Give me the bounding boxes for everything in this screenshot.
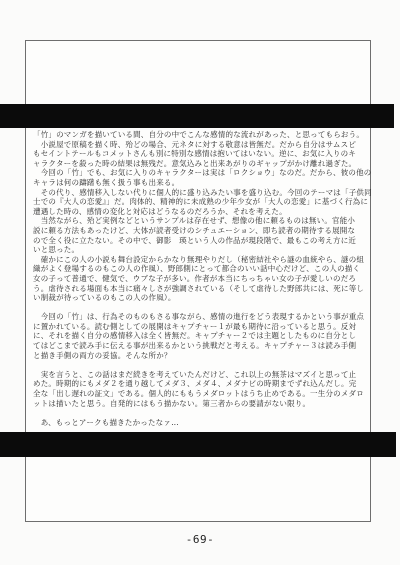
text-line: う。虐待される場面も本当に痛々しさが強調されている（そして虐待した野郎共には、死… — [33, 284, 372, 294]
text-line: 今回の「竹」でも、お気に入りのキャラクターは実は「ロクショウ」なのだ。だから、彼… — [33, 168, 372, 178]
text-line: てはどこまで読み手に伝える事が出来るかという挑戦だと考える。キャプチャー３は読み… — [33, 341, 372, 351]
text-line: もセイントテールもコメットさんも別に特別な感情は抱いてはいない。逆に、お気に入り… — [33, 149, 372, 159]
paragraph: 今回の「竹」は、行為そのものもさる事ながら、感情の進行をどう表現するかという事が… — [33, 312, 372, 360]
paragraph: 当然ながら、殆ど実例などというサンプルは存在せず、想像の他に頼るものは無い。官能… — [33, 216, 372, 254]
text-line: 「竹」のマンガを描いている間、自分の中でこんな感情的な流れがあった、と思ってもら… — [33, 130, 372, 140]
paragraph: 確かにこの人の小説も舞台設定からかなり無理やりだし（秘密結社やら謎の血統やら、謎… — [33, 255, 372, 303]
text-line: いと思った。 — [33, 245, 372, 255]
text-line: めた。時期的にもメダ２を通り越してメダ３、メダ４、メダナビの時期までずれ込んだし… — [33, 379, 372, 389]
text-line: 全な「出し遅れの証文」である。個人的にももうメダロットはうち止めである。一生分の… — [33, 389, 372, 399]
paragraph: その代り、感情移入しない代りに個人的に盛り込みたい事を盛り込む。今回のテーマは「… — [33, 188, 372, 217]
text-line: ので全く役に立たない。その中で、御影 瑛という人の作品が現段階で、最もこの考え方… — [33, 236, 372, 246]
text-line: 今回の「竹」は、行為そのものもさる事ながら、感情の進行をどう表現するかという事が… — [33, 312, 372, 322]
paragraph: 「竹」のマンガを描いている間、自分の中でこんな感情的な流れがあった、と思ってもら… — [33, 130, 372, 140]
text-line: 確かにこの人の小説も舞台設定からかなり無理やりだし（秘密結社やら謎の血統やら、謎… — [33, 255, 372, 265]
text-line: キャラは何の躊躇も無く扱う事も出来る。 — [33, 178, 372, 188]
text-line: 士での『大人の恋愛』」だ。肉体的、精神的に未成熟の少年少女が「大人の恋愛」に基づ… — [33, 197, 372, 207]
bottom-black-bar — [0, 432, 396, 457]
paragraph: 実を言うと、この話はまだ続きを考えていたんだけど、これ以上の無茶はマズイと思って… — [33, 370, 372, 408]
text-line: と描き手側の両方の妥協。そんな所か？ — [33, 351, 372, 361]
text-line: 当然ながら、殆ど実例などというサンプルは存在せず、想像の他に頼るものは無い。官能… — [33, 216, 372, 226]
text-line: 女の子って普通で、健気で、ウブな子が多い。作者が本当にちっちゃい女の子が愛しいの… — [33, 274, 372, 284]
text-line: あ、もっとアークも描きたかったなァ… — [33, 418, 372, 428]
text-line: 遭遇した時の、感情の変化と対応はどうなるのだろうか、それを考えた。 — [33, 207, 372, 217]
text-line: い制裁が待っているのもこの人の作風）。 — [33, 293, 372, 303]
text-line: に、それを描く自分の感情移入は全く皆無だ。キャプチャー２では主題としたものに自分… — [33, 331, 372, 341]
page-number: -69- — [0, 533, 400, 546]
text-line: 小説屋で原稿を描く時、殆どの場合、元ネタに対する敬意は皆無だ。だから自分はサムス… — [33, 140, 372, 150]
text-line: その代り、感情移入しない代りに個人的に盛り込みたい事を盛り込む。今回のテーマは「… — [33, 188, 372, 198]
text-line: 織がよく登場するのもこの人の作風）、野郎側にとって都合のいい話中心だけど、この人… — [33, 264, 372, 274]
paragraph: 今回の「竹」でも、お気に入りのキャラクターは実は「ロクショウ」なのだ。だから、彼… — [33, 168, 372, 187]
text-line: ットは描いたと思う。自発的にはもう描かない。第三者からの要請がない限り。 — [33, 399, 372, 409]
text-line: 実を言うと、この話はまだ続きを考えていたんだけど、これ以上の無茶はマズイと思って… — [33, 370, 372, 380]
top-black-bar — [0, 104, 394, 128]
text-line: ャラクターを殺った時の結果は無残だ。意気込みと出来あがりのギャップがかけ離れ過ぎ… — [33, 159, 372, 169]
paragraph: あ、もっとアークも描きたかったなァ… — [33, 418, 372, 428]
afterword-text-block: 「竹」のマンガを描いている間、自分の中でこんな感情的な流れがあった、と思ってもら… — [33, 130, 372, 427]
paragraph: 小説屋で原稿を描く時、殆どの場合、元ネタに対する敬意は皆無だ。だから自分はサムス… — [33, 140, 372, 169]
text-line: 説に頼る方法もあったけど、大体が読者受けのシチュエーション、即ち読者の期待する展… — [33, 226, 372, 236]
